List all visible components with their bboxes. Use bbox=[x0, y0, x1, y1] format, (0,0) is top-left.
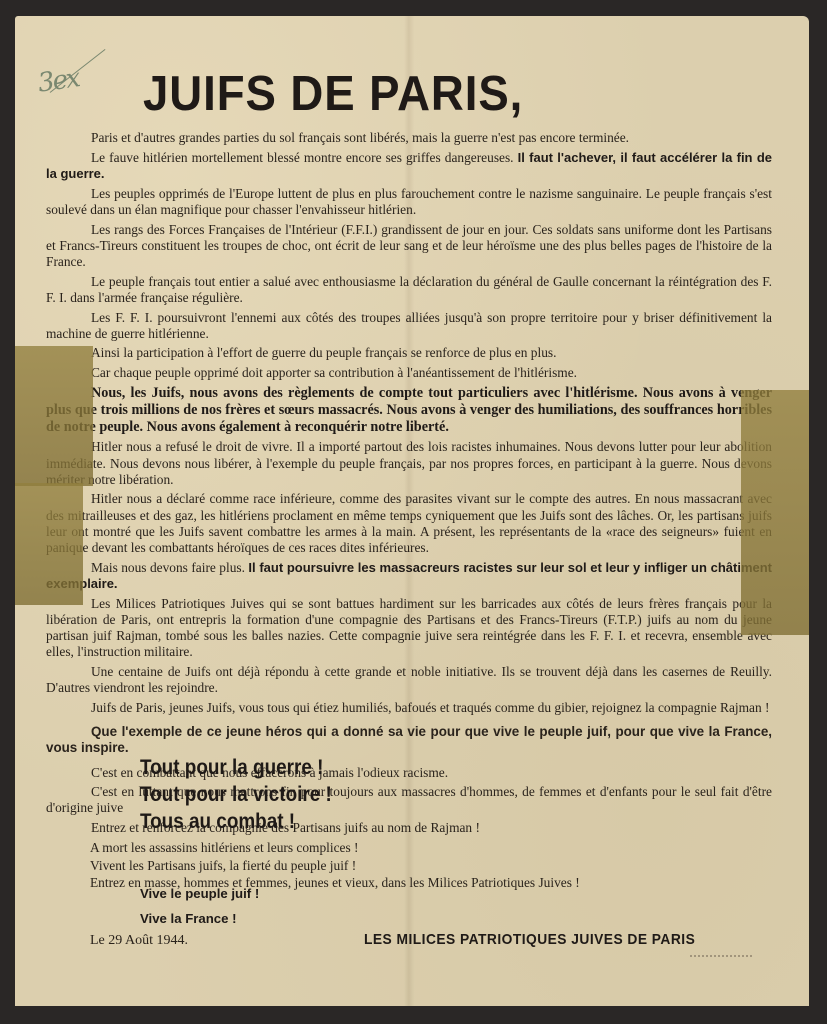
poster-title: JUIFS DE PARIS, bbox=[143, 66, 523, 122]
tape-stain bbox=[15, 346, 93, 486]
printer-mark bbox=[690, 955, 752, 959]
date-line: Le 29 Août 1944. bbox=[90, 933, 188, 949]
paragraph: Ainsi la participation à l'effort de gue… bbox=[46, 345, 772, 361]
paragraph-emphasis: Nous, les Juifs, nous avons des règlemen… bbox=[46, 385, 772, 436]
paragraph: Mais nous devons faire plus. Il faut pou… bbox=[46, 560, 772, 592]
paragraph: Hitler nous a déclaré comme race inférie… bbox=[46, 491, 772, 556]
slogans: Tout pour la guerre ! Tout pour la victo… bbox=[140, 754, 353, 835]
paragraph: Les rangs des Forces Françaises de l'Int… bbox=[46, 222, 772, 271]
paragraph: Juifs de Paris, jeunes Juifs, vous tous … bbox=[46, 700, 772, 716]
poster-body: Paris et d'autres grandes parties du sol… bbox=[46, 130, 772, 840]
closing-lines: A mort les assassins hitlériens et leurs… bbox=[90, 839, 580, 892]
paragraph: Paris et d'autres grandes parties du sol… bbox=[46, 130, 772, 146]
paragraph: Hitler nous a refusé le droit de vivre. … bbox=[46, 439, 772, 488]
vive-line: Vive la France ! bbox=[140, 911, 237, 926]
closing-line: A mort les assassins hitlériens et leurs… bbox=[90, 839, 580, 857]
vive-line: Vive le peuple juif ! bbox=[140, 886, 259, 901]
paragraph-emphasis: Que l'exemple de ce jeune héros qui a do… bbox=[46, 724, 772, 756]
paragraph: Les peuples opprimés de l'Europe luttent… bbox=[46, 186, 772, 218]
paragraph: Car chaque peuple opprimé doit apporter … bbox=[46, 365, 772, 381]
closing-line: Vivent les Partisans juifs, la fierté du… bbox=[90, 857, 580, 875]
paragraph: Le peuple français tout entier a salué a… bbox=[46, 274, 772, 306]
slogan: Tous au combat ! bbox=[140, 808, 332, 835]
paragraph: Les Milices Patriotiques Juives qui se s… bbox=[46, 596, 772, 661]
slogan: Tout pour la guerre ! bbox=[140, 754, 332, 781]
handwritten-note: 3ex bbox=[36, 63, 80, 98]
tape-stain bbox=[741, 390, 809, 635]
paragraph: Le fauve hitlérien mortellement blessé m… bbox=[46, 150, 772, 182]
paragraph: Les F. F. I. poursuivront l'ennemi aux c… bbox=[46, 310, 772, 342]
signature: LES MILICES PATRIOTIQUES JUIVES DE PARIS bbox=[364, 931, 695, 948]
tape-stain bbox=[15, 483, 83, 605]
paragraph: Une centaine de Juifs ont déjà répondu à… bbox=[46, 664, 772, 696]
slogan: Tout pour la victoire ! bbox=[140, 781, 332, 808]
